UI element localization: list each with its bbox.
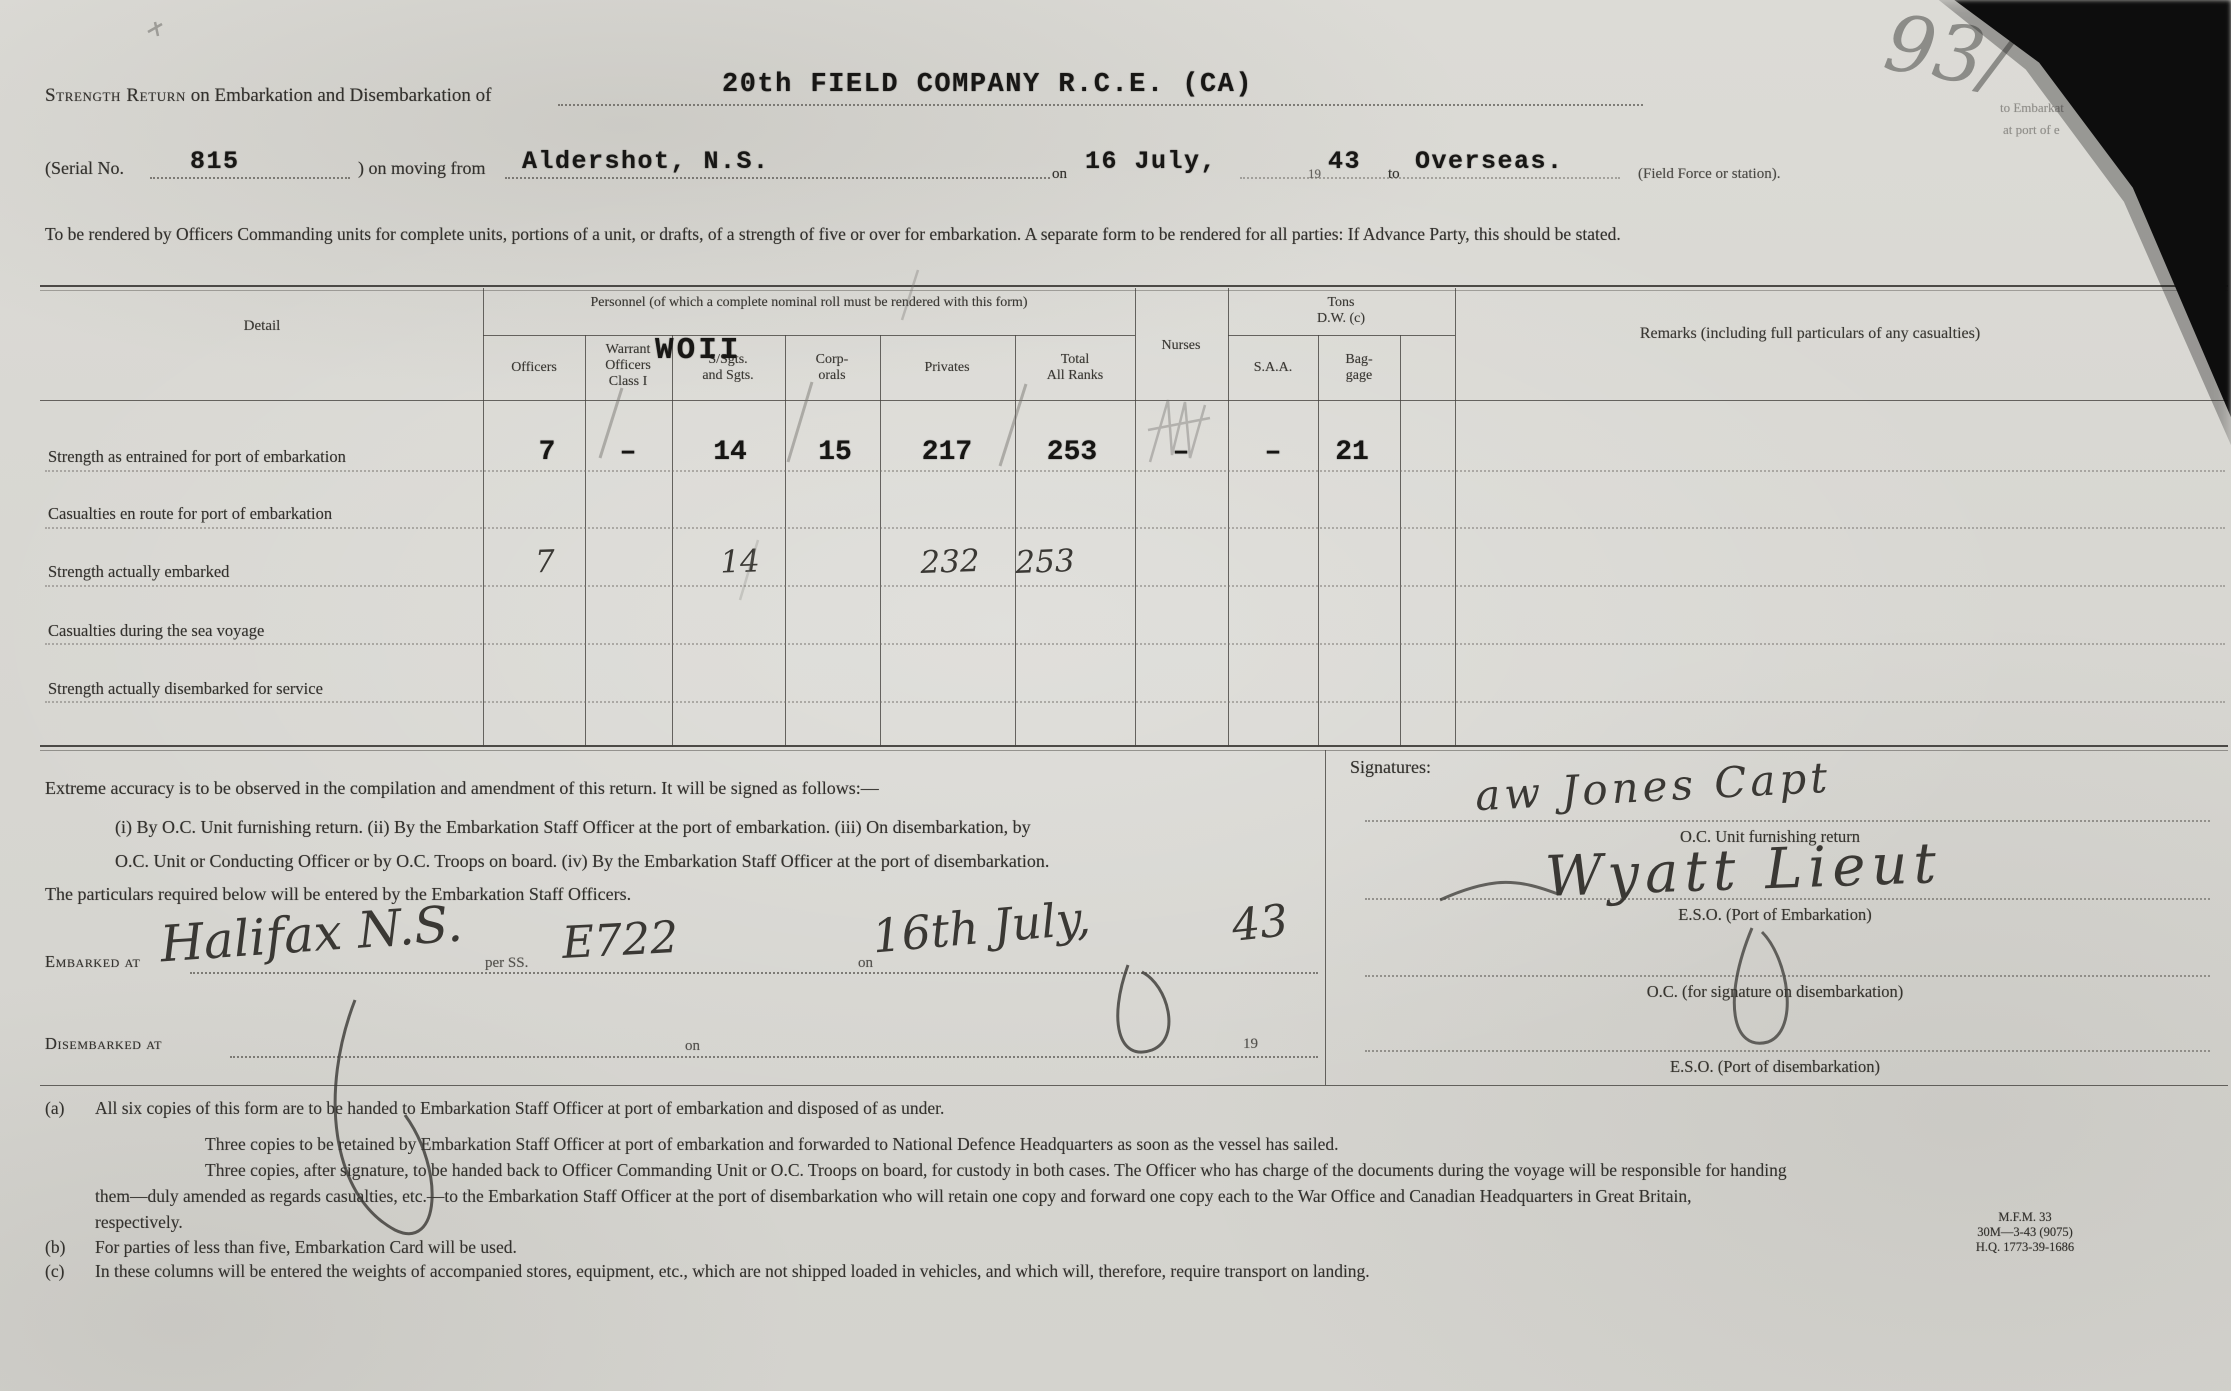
table-row: Strength actually disembarked for servic… [0,679,2231,709]
signing-instruction-line1: (i) By O.C. Unit furnishing return. (ii)… [115,817,1031,838]
accuracy-paragraph: Extreme accuracy is to be observed in th… [45,778,879,799]
cell-officers: 7 [535,544,556,581]
embarked-on-label: on [858,955,873,972]
cell-ssgts: 14 [720,543,761,580]
embarked-at-label: Embarked at [45,952,140,972]
header-bottom-rule [40,400,2228,401]
embarked-date-handwritten: 16th July, [870,891,1092,964]
year-printed: 19 [1308,166,1321,182]
field-force-label: (Field Force or station). [1638,166,1780,183]
remarks-column-header: Remarks (including full particulars of a… [1640,326,1980,342]
row-label: Strength as entrained for port of embark… [48,447,346,467]
cell-total: 253 [1015,543,1075,581]
table-top-rule-2 [40,290,2228,291]
particulars-line: The particulars required below will be e… [45,884,631,905]
moving-from-label: ) on moving from [358,158,486,179]
table-row: Strength as entrained for port of embark… [0,447,2231,477]
table-row: Strength actually embarked 7 14 232 253 [0,562,2231,592]
personnel-group-header: Personnel (of which a complete nominal r… [499,295,1119,311]
disembarked-at-label: Disembarked at [45,1034,162,1054]
form-title-smallcaps: Strength Return [45,85,186,106]
cell-ssgts: 14 [713,437,747,468]
embarked-place-handwritten: Halifax N.S. [158,895,464,974]
cell-privates: 232 [920,543,980,581]
note-a-text: All six copies of this form are to be ha… [95,1098,944,1119]
cell-saa: – [1265,437,1282,468]
baggage-column-header: Bag- gage [1345,352,1372,384]
embarked-dotted-line [190,972,1318,974]
disembarked-on-label: on [685,1038,700,1055]
table-row: Casualties en route for port of embarkat… [0,504,2231,534]
on-label: on [1052,166,1067,183]
date-typed: 16 July, [1085,147,1217,176]
oc-signature-handwritten: aw Jones Capt [1474,753,1832,821]
form-reference-block: M.F.M. 33 30M—3-43 (9075) H.Q. 1773-39-1… [1935,1210,2115,1255]
personnel-underline [483,335,1135,336]
moving-from-dotted-line [505,177,1050,179]
note-c-text: In these columns will be entered the wei… [95,1261,1370,1282]
form-title: Strength Return on Embarkation and Disem… [45,85,492,107]
saa-column-header: S.A.A. [1254,360,1293,376]
pencil-mark [148,22,162,36]
signature-caption-3: O.C. (for signature on disembarkation) [1647,982,1904,1002]
per-ss-label: per SS. [485,955,528,972]
cell-nurses: – [1173,437,1190,468]
row-label: Casualties during the sea voyage [48,621,264,641]
signing-instruction-line2: O.C. Unit or Conducting Officer or by O.… [115,851,1049,872]
warrant-officers-column-header: Warrant Officers Class I [605,342,651,390]
signature-line-3 [1365,975,2210,977]
nurses-column-header: Nurses [1162,338,1201,354]
cell-total: 253 [1047,437,1097,468]
row-label: Strength actually disembarked for servic… [48,679,323,699]
table-bottom-rule-2 [40,750,2228,751]
cell-warrant: – [620,437,637,468]
ship-handwritten: E722 [561,912,680,969]
signature-line-1 [1365,820,2210,822]
form-title-rest: on Embarkation and Disembarkation of [186,85,492,106]
cell-corporals: 15 [818,437,852,468]
note-a-sub1: Three copies to be retained by Embarkati… [205,1134,1339,1155]
cell-baggage: 21 [1335,437,1369,468]
corporals-column-header: Corp- orals [816,352,849,384]
scanned-form: Strength Return on Embarkation and Disem… [0,0,2231,1391]
signature-caption-4: E.S.O. (Port of disembarkation) [1670,1057,1880,1077]
year-typed: 43 [1328,147,1361,176]
signatures-box-border [1325,750,1326,1085]
disembarked-dotted-line [230,1056,1318,1058]
signature-line-4 [1365,1050,2210,1052]
note-a-label: (a) [45,1098,64,1119]
form-reference-line3: H.Q. 1773-39-1686 [1935,1240,2115,1255]
note-b-label: (b) [45,1237,65,1258]
officers-column-header: Officers [511,360,557,376]
table-row: Casualties during the sea voyage [0,621,2231,651]
cell-privates: 217 [922,437,972,468]
tons-header-line2: D.W. (c) [1317,311,1365,327]
moving-from-value: Aldershot, N.S. [522,147,770,176]
signature-caption-2: E.S.O. (Port of Embarkation) [1678,905,1871,925]
note-c-label: (c) [45,1261,64,1282]
note-a-sub2: Three copies, after signature, to be han… [205,1160,1787,1181]
title-dotted-line [558,104,1643,106]
table-bottom-rule [40,745,2228,747]
signatures-bottom-rule [40,1085,2228,1086]
serial-value: 815 [190,147,240,176]
signatures-title: Signatures: [1350,757,1431,778]
destination-typed: Overseas. [1415,147,1564,176]
serial-label: (Serial No. [45,158,124,179]
tons-underline [1228,335,1455,336]
tons-header-line1: Tons [1327,295,1354,311]
disembarked-year-printed: 19 [1243,1036,1258,1053]
form-reference-line1: M.F.M. 33 [1935,1210,2115,1225]
eso-signature-handwritten: Wyatt Lieut [1544,831,1943,910]
note-a-sub3: them—duly amended as regards casualties,… [95,1186,1692,1207]
total-column-header: Total All Ranks [1047,352,1103,384]
cell-officers: 7 [539,437,556,468]
unit-name-typed: 20th FIELD COMPANY R.C.E. (CA) [722,70,1253,100]
table-top-rule [40,285,2228,287]
instructions-paragraph: To be rendered by Officers Commanding un… [45,222,1890,247]
note-a-sub4: respectively. [95,1212,183,1233]
note-b-text: For parties of less than five, Embarkati… [95,1237,517,1258]
woii-typed-overstrike: WOII [655,333,741,368]
detail-column-header: Detail [244,318,281,334]
privates-column-header: Privates [924,360,969,376]
date-dotted-line [1240,177,1620,179]
handwriting-flourish [1118,965,1169,1052]
serial-dotted-line [150,177,350,179]
to-label: to [1388,166,1400,183]
form-reference-line2: 30M—3-43 (9075) [1935,1225,2115,1240]
corner-print-fragment-2: at port of e [2003,122,2060,138]
embarked-year-handwritten: 43 [1229,895,1290,952]
row-label: Strength actually embarked [48,562,229,582]
row-label: Casualties en route for port of embarkat… [48,504,332,524]
